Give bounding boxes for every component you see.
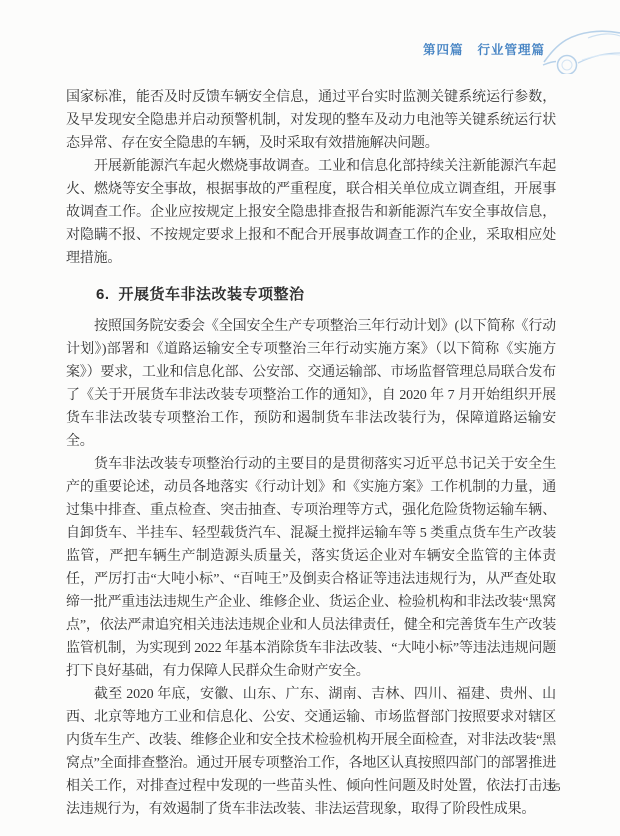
page-body: 国家标准，能否及时反馈车辆安全信息，通过平台实时监测关键系统运行参数，及早发现安…	[66, 86, 556, 821]
car-icon	[542, 26, 620, 74]
body-paragraph: 国家标准，能否及时反馈车辆安全信息，通过平台实时监测关键系统运行参数，及早发现安…	[66, 86, 556, 155]
running-header: 第四篇 行业管理篇	[423, 40, 545, 58]
section-heading: 6.开展货车非法改装专项整治	[66, 283, 556, 306]
header-section-label: 第四篇	[423, 40, 464, 58]
section-heading-title: 开展货车非法改装专项整治	[119, 286, 305, 303]
body-paragraph: 货车非法改装专项整治行动的主要目的是贯彻落实习近平总书记关于安全生产的重要论述，…	[66, 453, 556, 683]
body-paragraph: 截至 2020 年底，安徽、山东、广东、湖南、吉林、四川、福建、贵州、山西、北京…	[66, 683, 556, 821]
page-number: 55	[548, 782, 562, 794]
document-page: 第四篇 行业管理篇 国家标准，能否及时反馈车辆安全信息，通过平台实时监测关键系统…	[0, 0, 620, 836]
section-heading-number: 6.	[96, 286, 110, 303]
body-paragraph: 按照国务院安委会《全国安全生产专项整治三年行动计划》(以下简称《行动计划》)部署…	[66, 315, 556, 453]
header-chapter-label: 行业管理篇	[477, 40, 545, 58]
body-paragraph: 开展新能源汽车起火燃烧事故调查。工业和信息化部持续关注新能源汽车起火、燃烧等安全…	[66, 155, 556, 270]
